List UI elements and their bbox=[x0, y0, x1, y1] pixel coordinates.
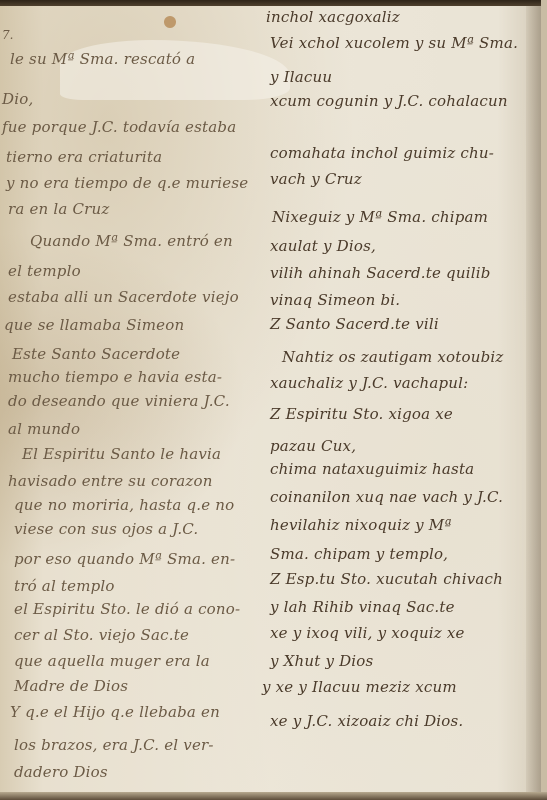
manuscript-line: vinaq Simeon bi. bbox=[270, 291, 400, 309]
manuscript-line: viese con sus ojos a J.C. bbox=[14, 520, 198, 538]
page-gutter-shadow bbox=[526, 6, 541, 794]
ink-stain bbox=[164, 16, 176, 28]
manuscript-line: xe y ixoq vili, y xoquiz xe bbox=[270, 624, 465, 642]
manuscript-line: Y q.e el Hijo q.e llebaba en bbox=[10, 703, 220, 721]
manuscript-line: y no era tiempo de q.e muriese bbox=[6, 174, 248, 192]
manuscript-line: chima nataxuguimiz hasta bbox=[270, 460, 474, 478]
manuscript-line: mucho tiempo e havia esta- bbox=[8, 368, 222, 386]
page-right-edge bbox=[541, 0, 547, 800]
manuscript-line: xe y J.C. xizoaiz chi Dios. bbox=[270, 712, 463, 730]
manuscript-line: cer al Sto. viejo Sac.te bbox=[14, 626, 189, 644]
manuscript-line: Sma. chipam y templo, bbox=[270, 545, 448, 563]
manuscript-line: el templo bbox=[8, 262, 81, 280]
corner-mark: 7. bbox=[2, 28, 13, 42]
manuscript-line: que se llamaba Simeon bbox=[4, 316, 184, 334]
manuscript-line: que no moriria, hasta q.e no bbox=[14, 496, 234, 514]
manuscript-line: el Espiritu Sto. le dió a cono- bbox=[14, 600, 240, 618]
manuscript-line: los brazos, era J.C. el ver- bbox=[14, 736, 214, 754]
page-bottom-edge bbox=[0, 792, 547, 800]
manuscript-line: Z Esp.tu Sto. xucutah chivach bbox=[270, 570, 503, 588]
manuscript-line: al mundo bbox=[8, 420, 80, 438]
manuscript-line: Nahtiz os zautigam xotoubiz bbox=[282, 348, 504, 366]
manuscript-line: que aquella muger era la bbox=[14, 652, 210, 670]
manuscript-line: do deseando que viniera J.C. bbox=[8, 392, 230, 410]
manuscript-line: tierno era criaturita bbox=[6, 148, 162, 166]
manuscript-line: Quando Mª Sma. entró en bbox=[30, 232, 233, 250]
manuscript-line: ra en la Cruz bbox=[8, 200, 110, 218]
manuscript-line: Z Santo Sacerd.te vili bbox=[270, 315, 439, 333]
manuscript-line: coinanilon xuq nae vach y J.C. bbox=[270, 488, 503, 506]
manuscript-line: vach y Cruz bbox=[270, 170, 362, 188]
manuscript-line: y lah Rihib vinaq Sac.te bbox=[270, 598, 455, 616]
manuscript-line: y Ilacuu bbox=[270, 68, 332, 86]
manuscript-line: dadero Dios bbox=[14, 763, 108, 781]
manuscript-line: hevilahiz nixoquiz y Mª bbox=[270, 516, 452, 534]
manuscript-line: havisado entre su corazon bbox=[8, 472, 213, 490]
manuscript-line: Este Santo Sacerdote bbox=[12, 345, 180, 363]
manuscript-line: le su Mª Sma. rescató a bbox=[10, 50, 195, 68]
manuscript-line: pazau Cux, bbox=[270, 437, 356, 455]
manuscript-line: Vei xchol xucolem y su Mª Sma. bbox=[270, 34, 518, 52]
manuscript-line: y xe y Ilacuu meziz xcum bbox=[262, 678, 457, 696]
manuscript-line: Nixeguiz y Mª Sma. chipam bbox=[272, 208, 488, 226]
manuscript-line: xauchaliz y J.C. vachapul: bbox=[270, 374, 468, 392]
manuscript-line: Madre de Dios bbox=[14, 677, 128, 695]
manuscript-line: comahata inchol guimiz chu- bbox=[270, 144, 494, 162]
manuscript-line: xaulat y Dios, bbox=[270, 237, 376, 255]
manuscript-line: estaba alli un Sacerdote viejo bbox=[8, 288, 239, 306]
manuscript-line: Z Espiritu Sto. xigoa xe bbox=[270, 405, 453, 423]
manuscript-line: Dio, bbox=[2, 90, 33, 108]
manuscript-line: xcum cogunin y J.C. cohalacun bbox=[270, 92, 508, 110]
manuscript-line: tró al templo bbox=[14, 577, 115, 595]
manuscript-line: por eso quando Mª Sma. en- bbox=[14, 550, 235, 568]
manuscript-line: El Espiritu Santo le havia bbox=[22, 445, 221, 463]
manuscript-line: inchol xacgoxaliz bbox=[266, 8, 400, 26]
manuscript-line: fue porque J.C. todavía estaba bbox=[2, 118, 236, 136]
manuscript-line: vilih ahinah Sacerd.te quilib bbox=[270, 264, 491, 282]
manuscript-line: y Xhut y Dios bbox=[270, 652, 373, 670]
